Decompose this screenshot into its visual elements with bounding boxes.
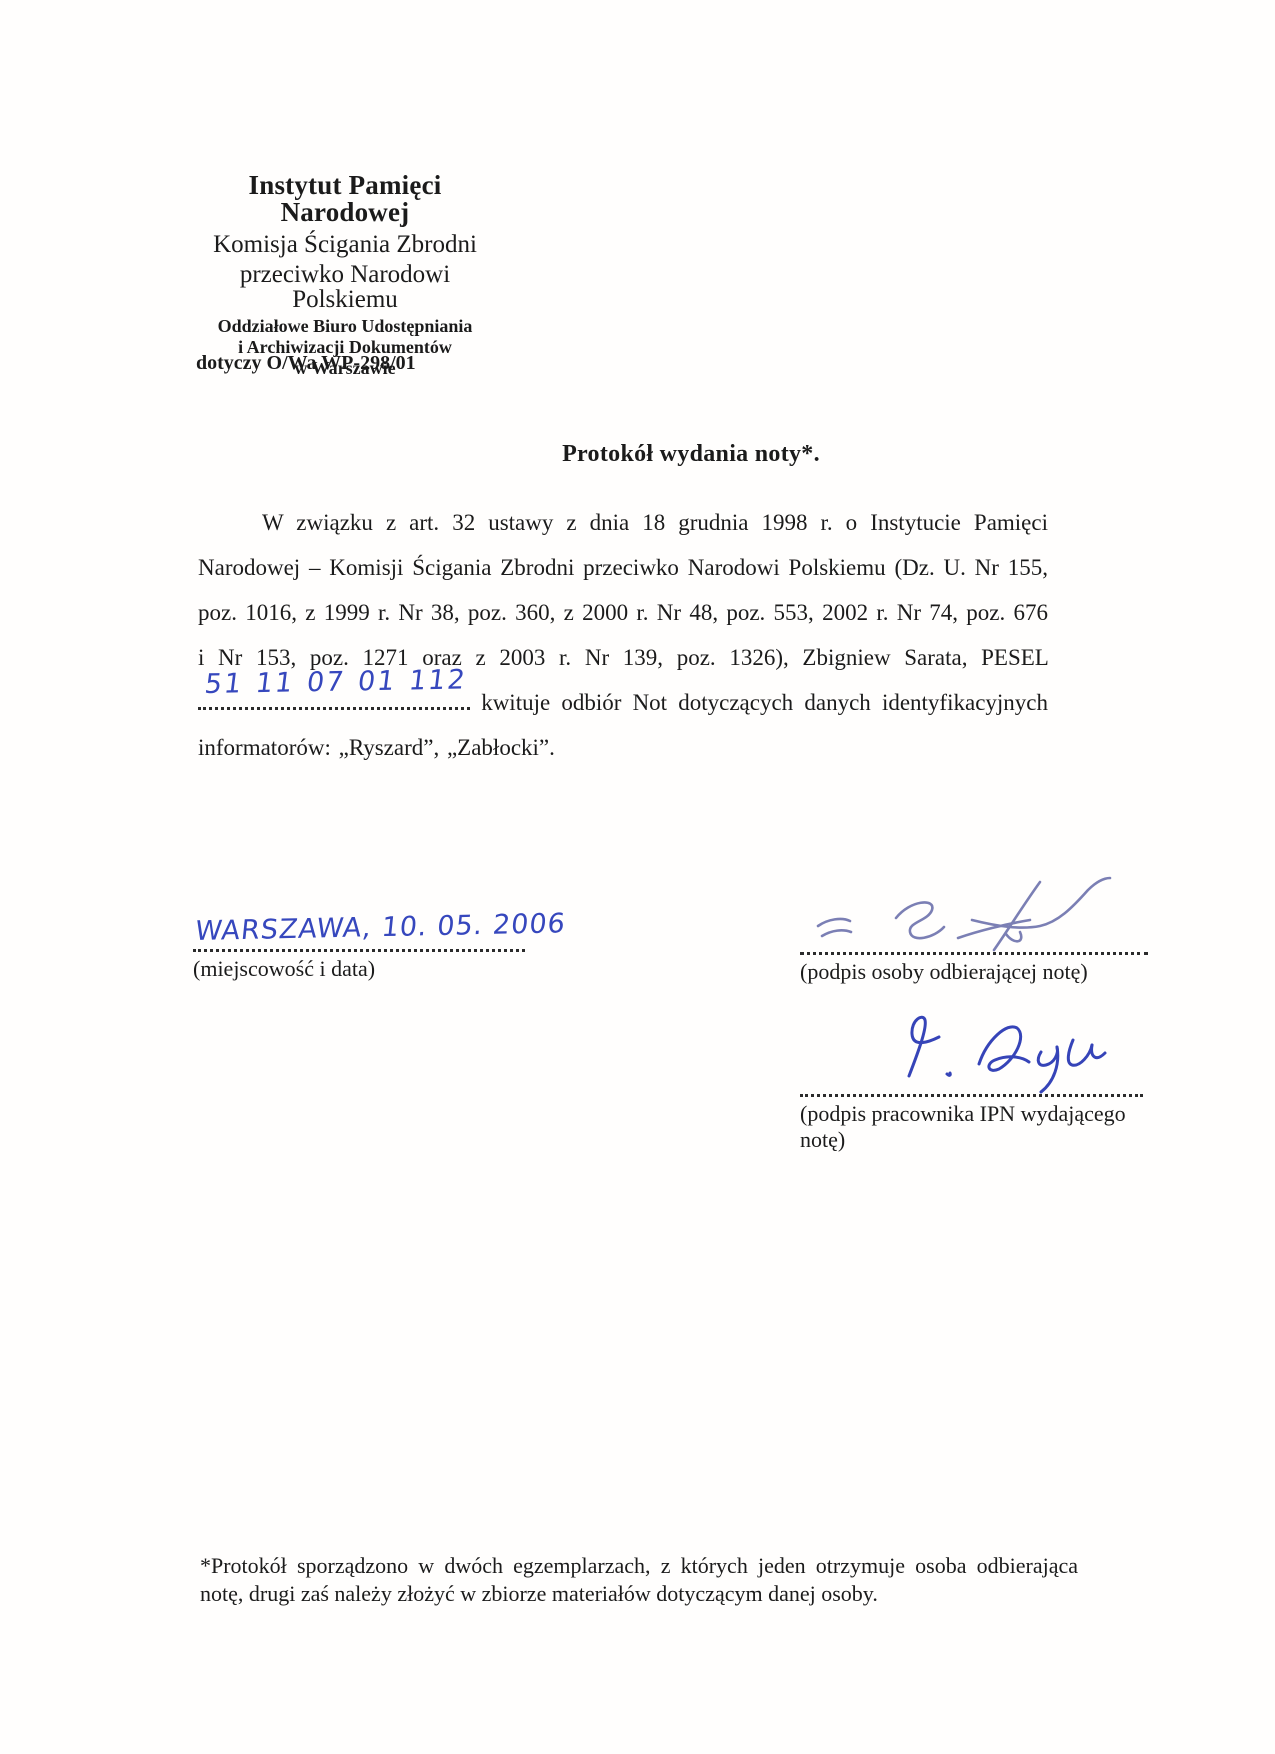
case-reference: dotyczy O/Wa WP-298/01 xyxy=(196,352,416,375)
letterhead-org-line3: przeciwko Narodowi Polskiemu xyxy=(185,262,505,312)
issuer-signature xyxy=(895,1012,1143,1094)
recipient-signature-dotted-line xyxy=(800,952,1148,955)
scanned-protocol-page: Instytut Pamięci Narodowej Komisja Ściga… xyxy=(0,0,1275,1754)
letterhead-bureau-line1: Oddziałowe Biuro Udostępniania xyxy=(185,317,505,335)
letterhead: Instytut Pamięci Narodowej Komisja Ściga… xyxy=(185,172,505,380)
body-text-before-pesel: W związku z art. 32 ustawy z dnia 18 gru… xyxy=(198,510,1048,670)
recipient-signature xyxy=(810,876,1140,952)
place-date-field: WARSZAWA, 10. 05. 2006 (miejscowość i da… xyxy=(193,903,525,982)
recipient-signature-label: (podpis osoby odbierającej notę) xyxy=(800,959,1148,985)
issuer-signature-dotted-line xyxy=(800,1094,1143,1097)
pesel-dotted-field: 51 11 07 01 112 xyxy=(198,681,470,710)
issuer-signature-field: (podpis pracownika IPN wydającego notę) xyxy=(800,1012,1143,1153)
place-date-handwritten-value: WARSZAWA, 10. 05. 2006 xyxy=(193,896,531,953)
place-date-label: (miejscowość i data) xyxy=(193,956,525,982)
footnote: *Protokół sporządzono w dwóch egzemplarz… xyxy=(200,1552,1078,1608)
document-title: Protokół wydania noty*. xyxy=(196,441,1186,468)
issuer-signature-label: (podpis pracownika IPN wydającego notę) xyxy=(800,1101,1143,1153)
pesel-handwritten-value: 51 11 07 01 112 xyxy=(202,657,469,707)
letterhead-org-line2: Komisja Ścigania Zbrodni xyxy=(185,232,505,257)
letterhead-org-name: Instytut Pamięci Narodowej xyxy=(185,172,505,226)
recipient-signature-field: (podpis osoby odbierającej notę) xyxy=(800,876,1148,985)
body-paragraph: W związku z art. 32 ustawy z dnia 18 gru… xyxy=(198,500,1048,770)
